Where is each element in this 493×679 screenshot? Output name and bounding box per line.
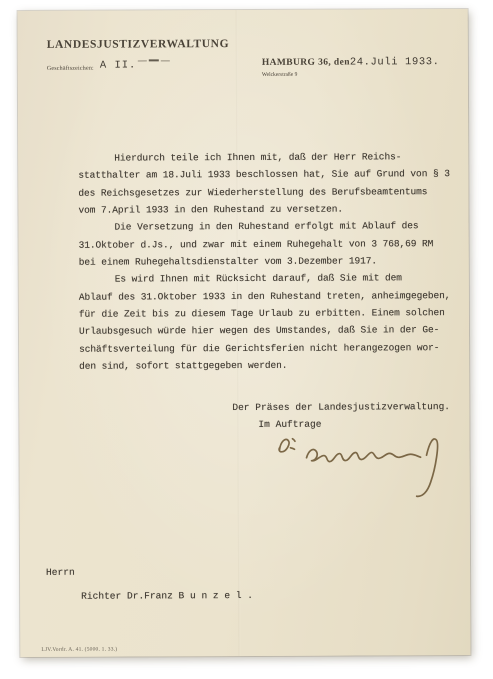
- body-line: bei einem Ruhegehaltsdienstalter vom 3.D…: [79, 252, 451, 271]
- body-line: Urlaubsgesuch würde hier wegen des Umsta…: [79, 322, 451, 341]
- body-line: den sind, sofort stattgegeben werden.: [79, 356, 451, 375]
- letter-body: Hierdurch teile ich Ihnen mit, daß der H…: [78, 148, 451, 375]
- letterhead-ornament-rule: [136, 58, 172, 62]
- letter-document: LANDESJUSTIZVERWALTUNG Geschäftszeichen:…: [18, 9, 471, 657]
- street-address: Welckerstraße 9: [262, 72, 297, 78]
- body-line: Es wird Ihnen mit Rücksicht darauf, daß …: [79, 270, 451, 289]
- letterhead-organization: LANDESJUSTIZVERWALTUNG: [47, 38, 229, 51]
- city-date-preprint: HAMBURG 36, den: [262, 58, 350, 68]
- body-line: Hierdurch teile ich Ihnen mit, daß der H…: [78, 148, 450, 167]
- recipient-salutation: Herrn: [46, 566, 253, 578]
- body-line: vom 7.April 1933 in den Ruhestand zu ver…: [78, 200, 450, 219]
- recipient-name: Richter Dr.Franz B u n z e l .: [46, 590, 253, 602]
- body-line: des Reichsgesetzes zur Wiederherstellung…: [78, 183, 450, 202]
- body-line: Ablauf des 31.Oktober 1933 in den Ruhest…: [79, 287, 451, 306]
- body-line: statthalter am 18.Juli 1933 beschlossen …: [78, 165, 450, 184]
- recipient-block: Herrn Richter Dr.Franz B u n z e l .: [46, 566, 253, 602]
- typed-date: 24.Juli 1933.: [350, 56, 440, 68]
- body-line: für die Zeit bis zu diesem Tage Urlaub z…: [79, 304, 451, 323]
- reference-label: Geschäftszeichen:: [47, 66, 94, 72]
- handwritten-signature: [266, 415, 462, 511]
- body-line: 31.Oktober d.Js., und zwar mit einem Ruh…: [79, 235, 451, 254]
- reference-value: A II.: [100, 59, 137, 71]
- body-line: Die Versetzung in den Ruhestand erfolgt …: [79, 217, 451, 236]
- body-line: schäftsverteilung für die Gerichtsferien…: [79, 339, 451, 358]
- photo-background: LANDESJUSTIZVERWALTUNG Geschäftszeichen:…: [0, 0, 493, 679]
- form-number: LJV.Vordr. A. 41. (5000. 1. 33.): [41, 647, 117, 653]
- closing-title: Der Präses der Landesjustizverwaltung.: [232, 398, 450, 416]
